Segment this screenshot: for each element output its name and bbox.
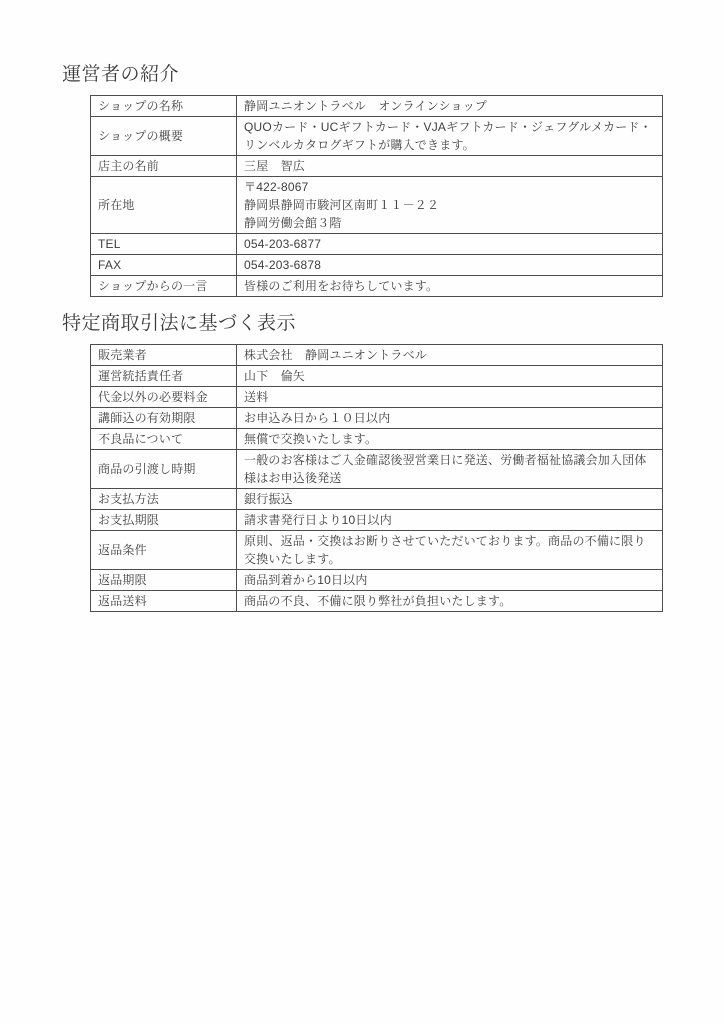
section-title-commercial-law: 特定商取引法に基づく表示 [62,313,724,335]
row-value-tel: 054-203-6877 [237,234,663,255]
row-label-shop-message: ショップからの一言 [91,276,237,297]
row-value-seller: 株式会社 静岡ユニオントラベル [237,345,663,366]
table-row: お支払期限 請求書発行日より10日以内 [91,510,663,531]
table-row: 返品送料 商品の不良、不備に限り弊社が負担いたします。 [91,591,663,612]
row-label-payment-method: お支払方法 [91,489,237,510]
table-row: 代金以外の必要料金 送料 [91,387,663,408]
section-title-operator-intro: 運営者の紹介 [62,64,724,86]
row-label-validity-period: 講師込の有効期限 [91,408,237,429]
row-label-extra-fees: 代金以外の必要料金 [91,387,237,408]
row-value-return-conditions: 原則、返品・交換はお断りさせていただいております。商品の不備に限り交換いたします… [237,531,663,570]
operator-info-table: ショップの名称 静岡ユニオントラベル オンラインショップ ショップの概要 QUO… [90,95,663,297]
row-value-return-shipping: 商品の不良、不備に限り弊社が負担いたします。 [237,591,663,612]
row-value-owner-name: 三屋 智広 [237,156,663,177]
row-label-return-conditions: 返品条件 [91,531,237,570]
row-label-manager: 運営統括責任者 [91,366,237,387]
row-value-delivery-time: 一般のお客様はご入金確認後翌営業日に発送、労働者福祉協議会加入団体様はお申込後発… [237,450,663,489]
table-row: ショップからの一言 皆様のご利用をお待ちしています。 [91,276,663,297]
table-row: FAX 054-203-6878 [91,255,663,276]
row-value-return-deadline: 商品到着から10日以内 [237,570,663,591]
table-row: ショップの名称 静岡ユニオントラベル オンラインショップ [91,96,663,117]
row-value-payment-deadline: 請求書発行日より10日以内 [237,510,663,531]
document-page: 運営者の紹介 ショップの名称 静岡ユニオントラベル オンラインショップ ショップ… [0,0,724,1024]
row-value-manager: 山下 倫矢 [237,366,663,387]
row-value-shop-overview: QUOカード・UCギフトカード・VJAギフトカード・ジェフグルメカード・リンベル… [237,117,663,156]
table-row: 店主の名前 三屋 智広 [91,156,663,177]
row-value-payment-method: 銀行振込 [237,489,663,510]
row-label-return-deadline: 返品期限 [91,570,237,591]
row-value-shop-message: 皆様のご利用をお待ちしています。 [237,276,663,297]
table-row: TEL 054-203-6877 [91,234,663,255]
table-row: お支払方法 銀行振込 [91,489,663,510]
row-label-payment-deadline: お支払期限 [91,510,237,531]
row-value-validity-period: お申込み日から１０日以内 [237,408,663,429]
row-value-extra-fees: 送料 [237,387,663,408]
row-label-shop-overview: ショップの概要 [91,117,237,156]
commercial-law-table: 販売業者 株式会社 静岡ユニオントラベル 運営統括責任者 山下 倫矢 代金以外の… [90,344,663,612]
table-row: ショップの概要 QUOカード・UCギフトカード・VJAギフトカード・ジェフグルメ… [91,117,663,156]
row-label-delivery-time: 商品の引渡し時期 [91,450,237,489]
row-label-owner-name: 店主の名前 [91,156,237,177]
row-label-fax: FAX [91,255,237,276]
table-row: 不良品について 無償で交換いたします。 [91,429,663,450]
table-row: 返品条件 原則、返品・交換はお断りさせていただいております。商品の不備に限り交換… [91,531,663,570]
table-row: 所在地 〒422-8067 静岡県静岡市駿河区南町１１－２２ 静岡労働会館３階 [91,177,663,234]
row-label-shop-name: ショップの名称 [91,96,237,117]
row-label-seller: 販売業者 [91,345,237,366]
row-label-address: 所在地 [91,177,237,234]
row-value-fax: 054-203-6878 [237,255,663,276]
table-row: 講師込の有効期限 お申込み日から１０日以内 [91,408,663,429]
row-label-return-shipping: 返品送料 [91,591,237,612]
row-value-shop-name: 静岡ユニオントラベル オンラインショップ [237,96,663,117]
table-row: 販売業者 株式会社 静岡ユニオントラベル [91,345,663,366]
row-label-tel: TEL [91,234,237,255]
row-value-address: 〒422-8067 静岡県静岡市駿河区南町１１－２２ 静岡労働会館３階 [237,177,663,234]
table-row: 運営統括責任者 山下 倫矢 [91,366,663,387]
row-value-defective-goods: 無償で交換いたします。 [237,429,663,450]
row-label-defective-goods: 不良品について [91,429,237,450]
table-row: 返品期限 商品到着から10日以内 [91,570,663,591]
table-row: 商品の引渡し時期 一般のお客様はご入金確認後翌営業日に発送、労働者福祉協議会加入… [91,450,663,489]
